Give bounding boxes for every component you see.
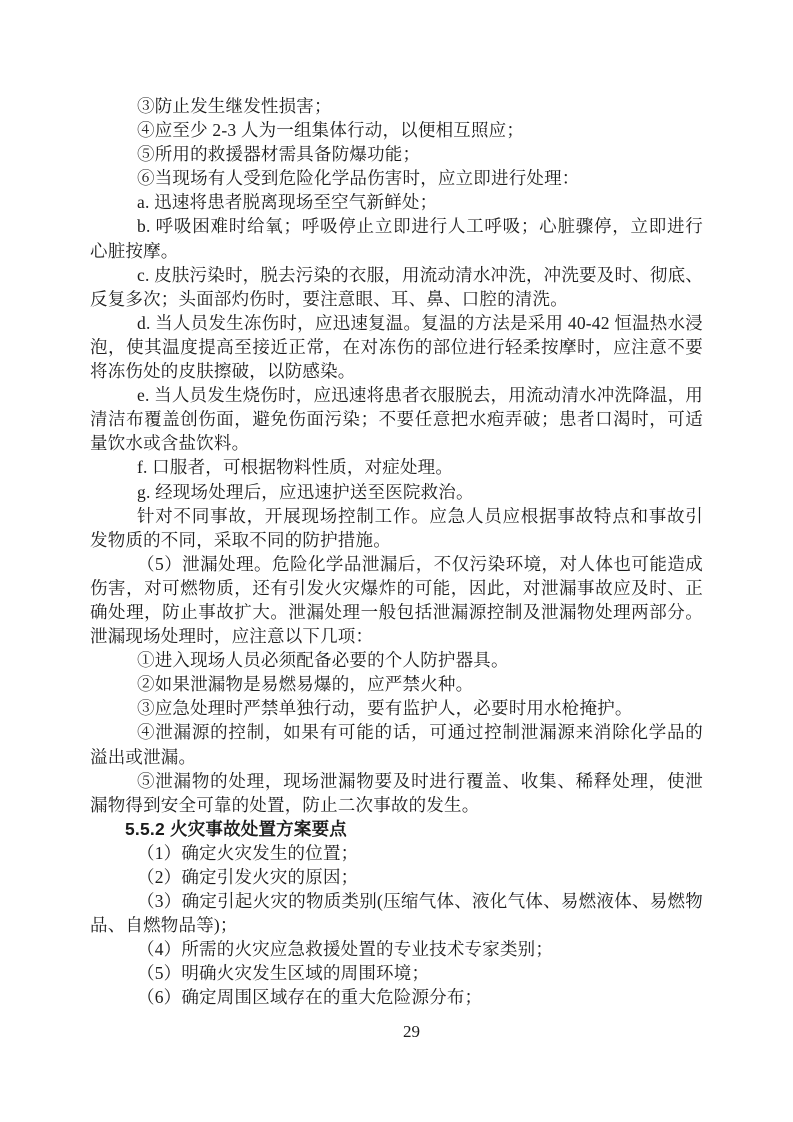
paragraph-immediate-treatment: ⑥当现场有人受到危险化学品伤害时，应立即进行处理： [90, 166, 703, 190]
paragraph-item-g: g. 经现场处理后，应迅速护送至医院救治。 [90, 480, 703, 504]
paragraph-group-action: ④应至少 2-3 人为一组集体行动，以便相互照应； [90, 118, 703, 142]
paragraph-explosionproof-equipment: ⑤所用的救援器材需具备防爆功能； [90, 142, 703, 166]
paragraph-fire-item-6: （6）确定周围区域存在的重大危险源分布； [90, 985, 703, 1009]
paragraph-item-b: b. 呼吸困难时给氧；呼吸停止立即进行人工呼吸；心脏骤停，立即进行心脏按摩。 [90, 214, 703, 262]
document-page: ③防止发生继发性损害； ④应至少 2-3 人为一组集体行动，以便相互照应； ⑤所… [0, 0, 793, 1122]
paragraph-secondary-harm: ③防止发生继发性损害； [90, 94, 703, 118]
paragraph-item-e: e. 当人员发生烧伤时，应迅速将患者衣服脱去，用流动清水冲洗降温，用清洁布覆盖创… [90, 383, 703, 455]
paragraph-item-d: d. 当人员发生冻伤时，应迅速复温。复温的方法是采用 40-42 恒温热水浸泡，… [90, 311, 703, 383]
paragraph-leak-item-2: ②如果泄漏物是易燃易爆的，应严禁火种。 [90, 672, 703, 696]
paragraph-fire-item-1: （1）确定火灾发生的位置； [90, 841, 703, 865]
paragraph-item-a: a. 迅速将患者脱离现场至空气新鲜处； [90, 190, 703, 214]
paragraph-site-control: 针对不同事故，开展现场控制工作。应急人员应根据事故特点和事故引发物质的不同，采取… [90, 504, 703, 552]
paragraph-fire-item-3: （3）确定引起火灾的物质类别(压缩气体、液化气体、易燃液体、易燃物品、自燃物品等… [90, 889, 703, 937]
paragraph-fire-item-5: （5）明确火灾发生区域的周围环境； [90, 961, 703, 985]
page-body-text: ③防止发生继发性损害； ④应至少 2-3 人为一组集体行动，以便相互照应； ⑤所… [90, 94, 703, 1010]
section-heading-5-5-2: 5.5.2 火灾事故处置方案要点 [90, 817, 703, 841]
paragraph-fire-item-2: （2）确定引发火灾的原因； [90, 865, 703, 889]
paragraph-leak-item-3: ③应急处理时严禁单独行动，要有监护人，必要时用水枪掩护。 [90, 696, 703, 720]
paragraph-leak-item-4: ④泄漏源的控制，如果有可能的话，可通过控制泄漏源来消除化学品的溢出或泄漏。 [90, 720, 703, 768]
paragraph-leak-handling: （5）泄漏处理。危险化学品泄漏后，不仅污染环境，对人体也可能造成伤害，对可燃物质… [90, 552, 703, 648]
paragraph-leak-item-5: ⑤泄漏物的处理，现场泄漏物要及时进行覆盖、收集、稀释处理，使泄漏物得到安全可靠的… [90, 769, 703, 817]
page-number: 29 [0, 1021, 793, 1043]
paragraph-leak-item-1: ①进入现场人员必须配备必要的个人防护器具。 [90, 648, 703, 672]
paragraph-item-c: c. 皮肤污染时，脱去污染的衣服，用流动清水冲洗，冲洗要及时、彻底、反复多次；头… [90, 263, 703, 311]
paragraph-item-f: f. 口服者，可根据物料性质，对症处理。 [90, 455, 703, 479]
paragraph-fire-item-4: （4）所需的火灾应急救援处置的专业技术专家类别； [90, 937, 703, 961]
